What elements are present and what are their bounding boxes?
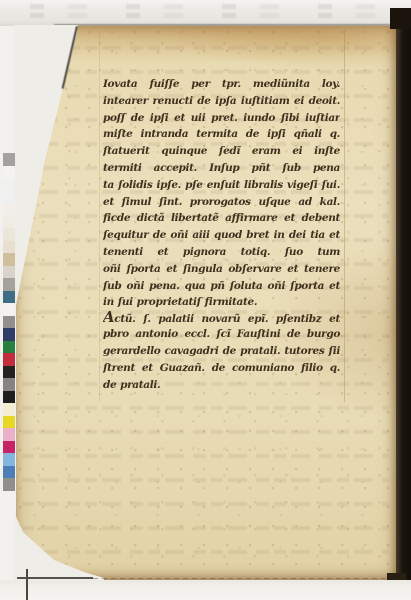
text-block: Iovata fuiſſe per tpr. mediũnita loy. ce…: [103, 76, 340, 402]
calibration-patch: [3, 191, 15, 204]
black-mount-right-bar: [396, 12, 411, 586]
text-line: et ſimul ſint. prorogatos uſque ad kal. …: [103, 194, 340, 211]
text-line: ta ſolidis ipſe. pſe enſuit libralis vig…: [103, 177, 340, 194]
calibration-patch: [3, 403, 15, 416]
calibration-patch: [3, 266, 15, 279]
calibration-patch: [3, 341, 15, 354]
calibration-patch: [3, 353, 15, 366]
calibration-patch: [3, 328, 15, 341]
calibration-patch: [3, 378, 15, 391]
text-line: de pratali.: [103, 377, 340, 394]
calibration-patch: [3, 428, 15, 441]
text-line: ſequitur de oñi aiii quod bret in dei ti…: [103, 227, 340, 244]
calibration-patch: [3, 303, 15, 316]
calibration-patch: [3, 316, 15, 329]
crop-mark-vertical: [26, 569, 28, 600]
calibration-patch: [3, 366, 15, 379]
text-line: miſte intranda termita de ipſi qñali q. …: [103, 126, 340, 143]
crop-mark-horizontal: [17, 577, 93, 579]
calibration-patch: [3, 478, 15, 491]
calibration-patch: [3, 453, 15, 466]
manuscript-scan: Iovata fuiſſe per tpr. mediũnita loy. ce…: [0, 0, 411, 600]
calibration-patch: [3, 291, 15, 304]
calibration-patch: [3, 203, 15, 216]
backdrop-top-band: [0, 0, 411, 26]
text-line: poſſ de ipſi et uii pret. iundo ſibi iuſ…: [103, 110, 340, 127]
calibration-patch: [3, 241, 15, 254]
text-line: Iovata fuiſſe per tpr. mediũnita loy. ce…: [103, 76, 340, 93]
calibration-patch: [3, 228, 15, 241]
calibration-patch: [3, 441, 15, 454]
calibration-patch: [3, 416, 15, 429]
calibration-patch: [3, 166, 15, 179]
text-line: intearer renucti de ipſa iuſtitiam ei de…: [103, 93, 340, 110]
text-line: ſtrent et Guazañ. de comuniano filio q. …: [103, 360, 340, 377]
text-line: ſub oñi pena. qua pñ ſoluta oñi ſporta e…: [103, 278, 340, 295]
calibration-patch: [3, 466, 15, 479]
text-line: termiti accepit. Inſup pñt ſub pena duad…: [103, 160, 340, 177]
parchment-page: Iovata fuiſſe per tpr. mediũnita loy. ce…: [16, 26, 397, 580]
calibration-patch: [3, 391, 15, 404]
calibration-patch: [3, 216, 15, 229]
text-line: ficde dictã libertatẽ affirmare et deben…: [103, 210, 340, 227]
ruling-line-right: [344, 30, 345, 402]
crop-mark-horizontal-dotted: [93, 578, 385, 579]
text-line: oñi ſporta et ſingula obſervare et tener…: [103, 261, 340, 278]
ruling-line-left: [99, 30, 100, 402]
black-mount-top-right: [390, 8, 411, 29]
text-line: Actũ. ſ. palatii novarũ epĩ. pſentibz et…: [103, 309, 340, 326]
backdrop-bottom-band: [0, 580, 411, 600]
calibration-patch: [3, 278, 15, 291]
text-line: pbro antonio eccl. ſcĩ Fauſtini de burgo…: [103, 326, 340, 343]
calibration-patch: [3, 178, 15, 191]
calibration-patch: [3, 253, 15, 266]
text-line: gerardello cavagadri de pratali. tutores…: [103, 343, 340, 360]
calibration-patch: [3, 153, 15, 166]
text-line: ſtatuerit quinque ſedĩ eram ei inſte poſ…: [103, 143, 340, 160]
text-line: tenenti et pignora totiq. ſuo tum renũda…: [103, 244, 340, 261]
color-calibration-strip: [3, 153, 15, 491]
